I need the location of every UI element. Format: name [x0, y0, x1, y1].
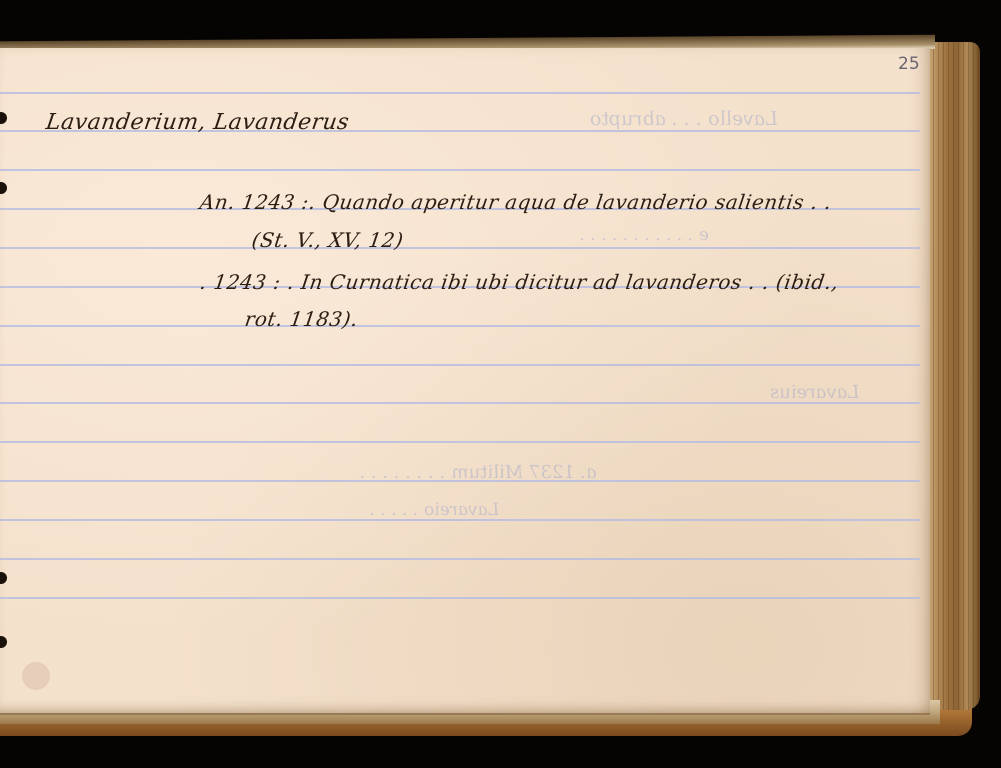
bleed-through-text: Lavello . . . abrupto: [588, 108, 779, 130]
ruled-line: [0, 558, 920, 560]
notebook-scan: Lavello . . . abrupto . . . . . . . . . …: [0, 0, 1001, 768]
bleed-through-text: a. 1237 Militum . . . . . . . .: [359, 462, 599, 483]
bleed-through-text: Lavareio . . . . .: [369, 500, 501, 520]
binding-hole: [0, 182, 7, 194]
page-number: 25: [898, 54, 920, 74]
ruled-line: [0, 364, 920, 366]
bleed-through-text: Lavareius: [769, 382, 861, 403]
ruled-line: [0, 92, 920, 94]
ruled-line: [0, 325, 920, 327]
entry-1-citation: (St. V., XV, 12): [250, 228, 405, 252]
ruled-line: [0, 597, 920, 599]
binding-hole: [0, 112, 7, 124]
ruled-line: [0, 247, 920, 249]
paper-stain: [22, 662, 50, 690]
binding-hole: [0, 636, 7, 648]
bleed-through-text: e . . . . . . . . . . .: [579, 225, 711, 245]
entry-2-line-1: . 1243 : . In Curnatica ibi ubi dicitur …: [198, 270, 840, 294]
ruled-line: [0, 169, 920, 171]
entry-1-line-1: An. 1243 :. Quando aperitur aqua de lava…: [198, 190, 833, 214]
entry-2-citation: rot. 1183).: [243, 307, 359, 331]
binding-hole: [0, 572, 7, 584]
entry-heading: Lavanderium, Lavanderus: [44, 110, 351, 135]
ruled-line: [0, 441, 920, 443]
page-stack-right-edge: [928, 42, 980, 710]
